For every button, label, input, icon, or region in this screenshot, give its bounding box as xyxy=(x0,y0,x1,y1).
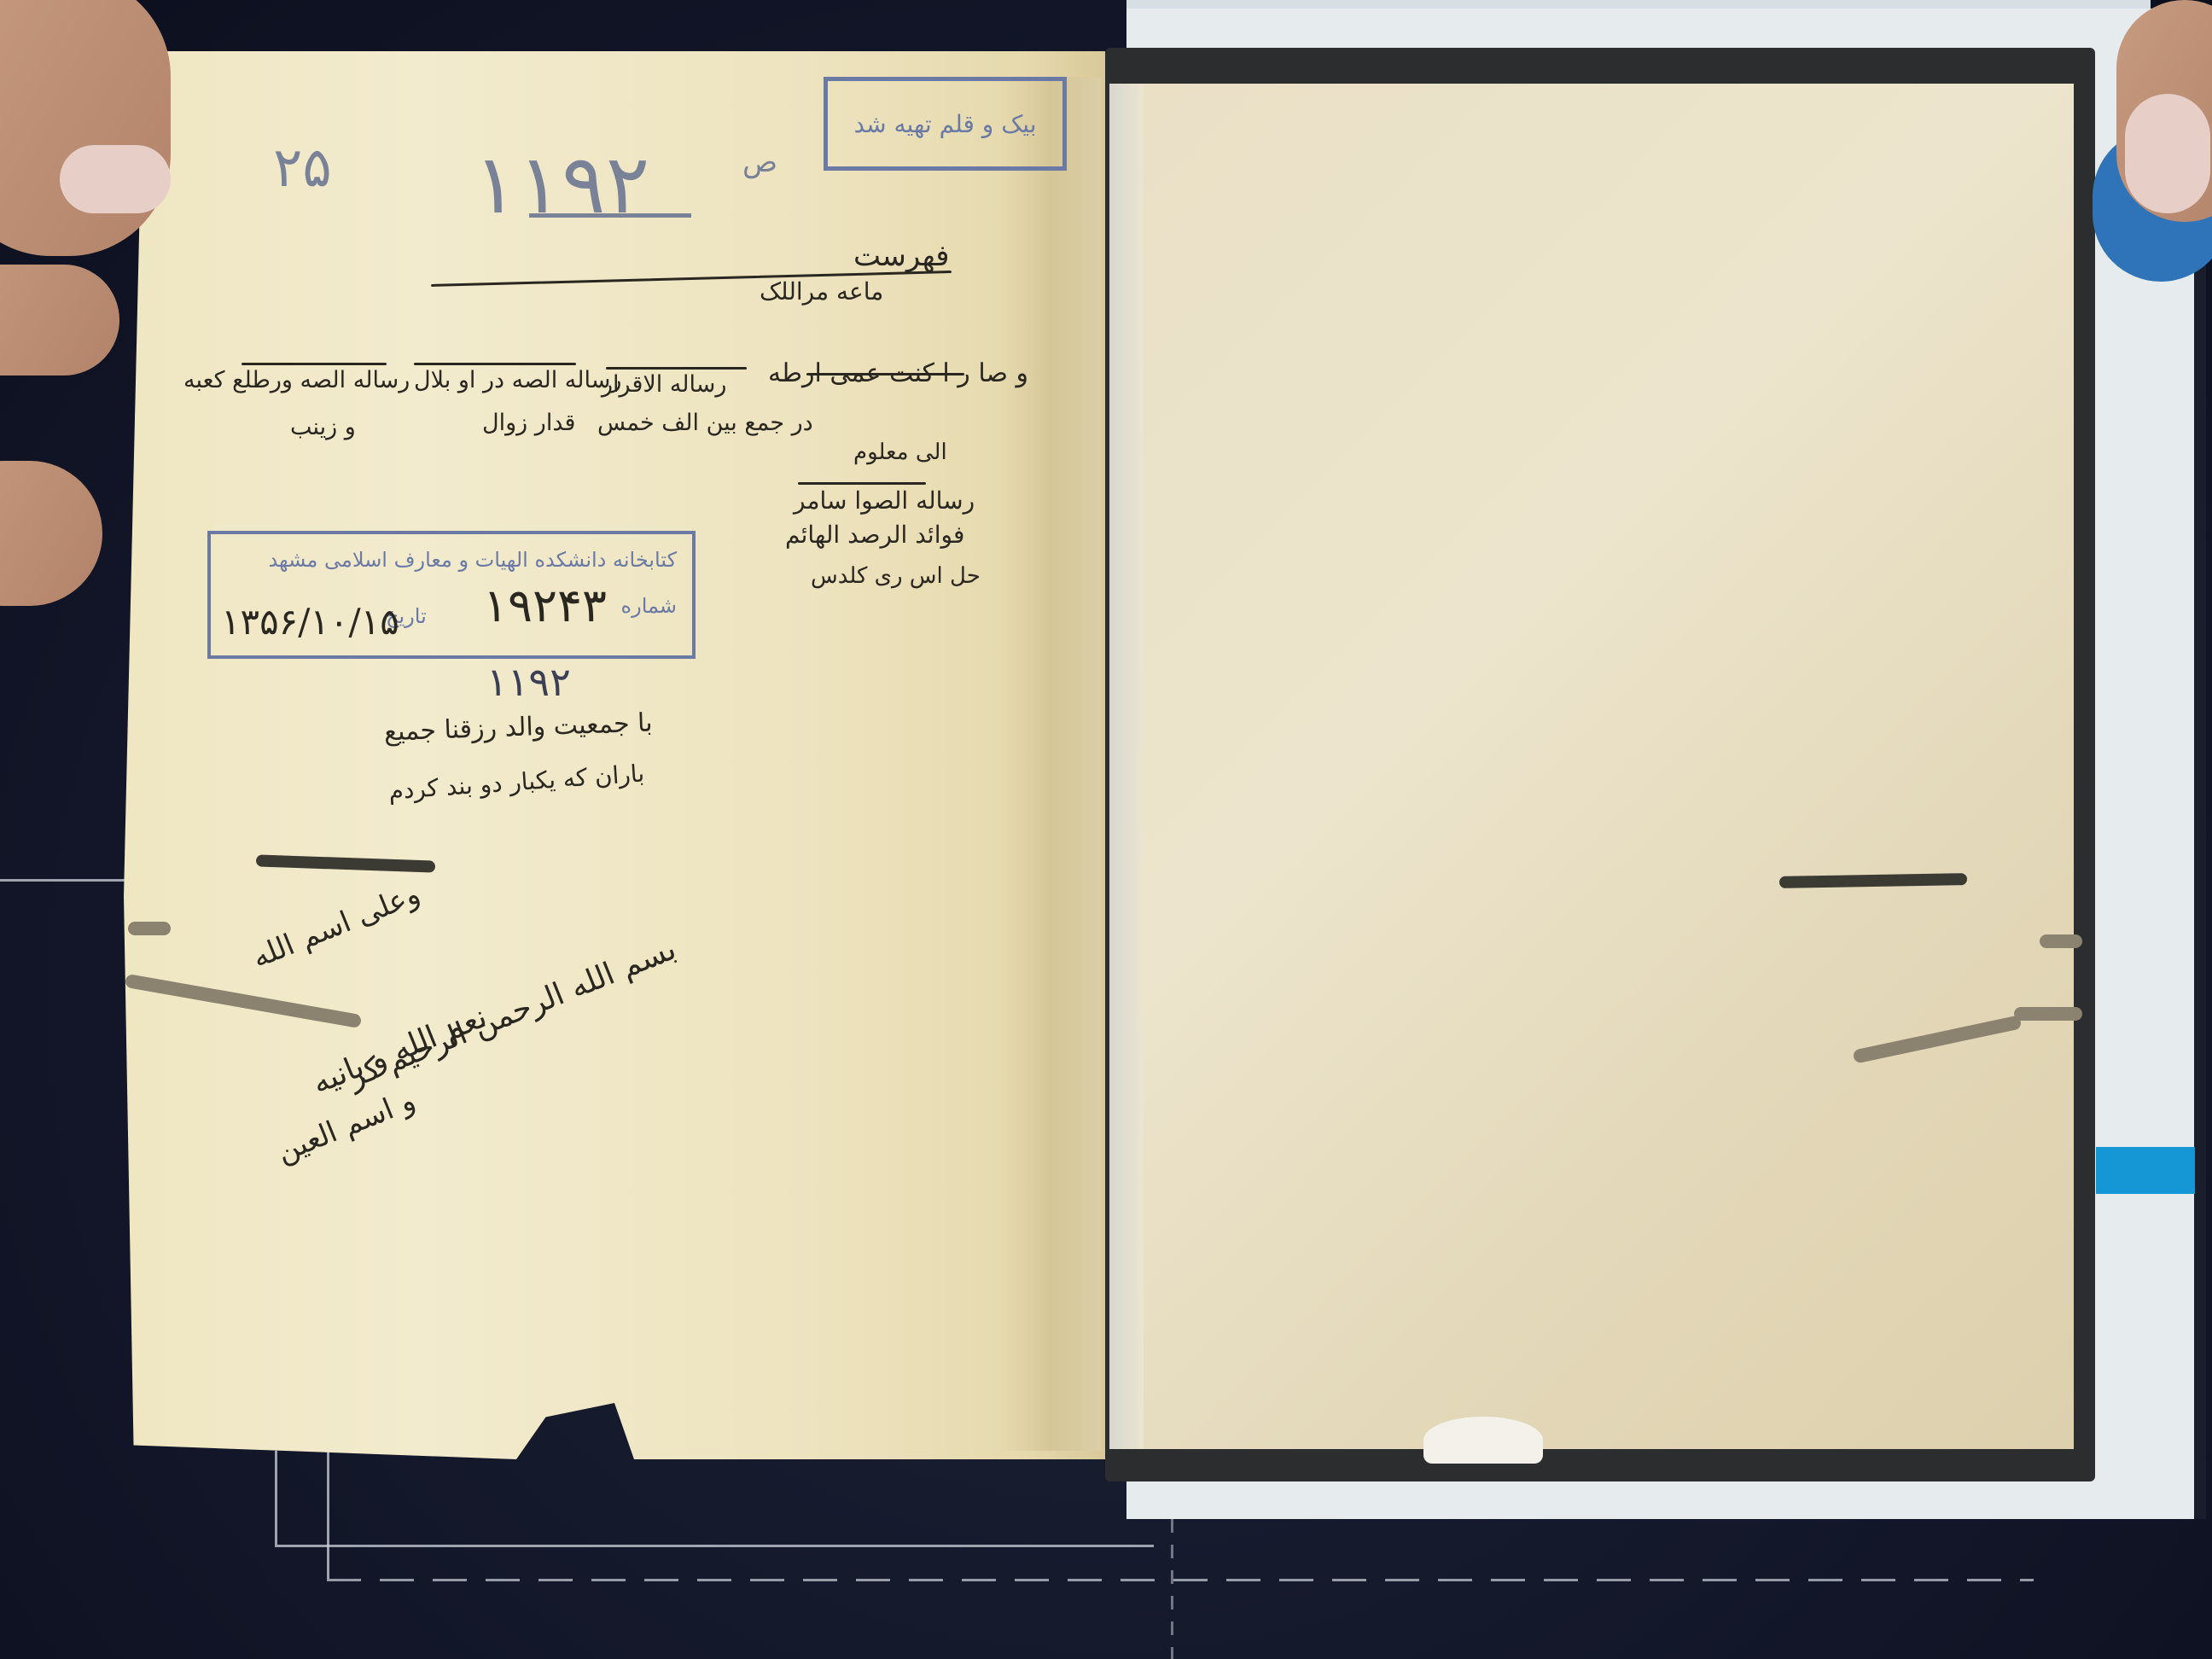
binding-thread xyxy=(2040,934,2082,948)
contents-entry-3: رساله الاقرار xyxy=(602,371,726,398)
mat-grid-line xyxy=(0,879,128,882)
left-thumb xyxy=(0,0,171,256)
library-stamp-number-label: شماره xyxy=(621,594,677,618)
pencil-underline xyxy=(529,213,691,218)
top-stamp-text: بیک و قلم تهیه شد xyxy=(853,110,1036,138)
list-line-3: فوائد الرصد الهائم xyxy=(785,521,964,549)
contents-entry-4: و صا ر ا کنت عمی ارطه xyxy=(768,358,1028,388)
binding-thread xyxy=(128,922,171,935)
mat-grid-line xyxy=(275,1451,277,1545)
blue-stripe xyxy=(2096,1147,2195,1194)
list-line-2: رساله الصوا سامر xyxy=(794,486,975,515)
contents-entry-2: رساله الصه در او بلال xyxy=(414,367,621,393)
left-page-gutter-shadow xyxy=(998,77,1101,1451)
mat-grid-line xyxy=(327,1451,329,1579)
list-line-4: حل اس ری کلدس xyxy=(811,563,981,589)
left-thumbnail xyxy=(60,145,171,213)
right-thumbnail xyxy=(2125,94,2210,213)
paper-tear-patch xyxy=(1423,1417,1543,1464)
list-line-1: الی معلوم xyxy=(853,439,947,465)
library-stamp-number-value: ۱۹۲۴۳ xyxy=(483,579,607,632)
mat-grid-dashed-line xyxy=(1171,1519,1173,1659)
mat-grid-dashed-line xyxy=(327,1579,2034,1581)
mat-grid-line xyxy=(275,1545,1154,1547)
entry-rule xyxy=(242,363,387,365)
right-page-gutter xyxy=(1109,84,1144,1449)
top-ownership-stamp: بیک و قلم تهیه شد xyxy=(824,77,1067,171)
contents-entry-1: رساله الصه ورطلع کعبه xyxy=(183,367,410,393)
shelf-number-ink: ۱۱۹۲ xyxy=(486,659,571,705)
list-rule xyxy=(798,482,926,485)
contents-entry-1-cont: و زینب xyxy=(290,414,356,440)
title-word: فهرست xyxy=(853,239,950,273)
title-subline: ماعه مراللک xyxy=(760,277,883,306)
binding-thread xyxy=(2014,1007,2082,1021)
entry-rule xyxy=(606,367,747,370)
pencil-note: ص xyxy=(742,145,777,179)
pencil-folio-number: ۲۵ xyxy=(273,137,332,200)
left-page-flyleaf xyxy=(124,51,1105,1459)
pencil-shelf-number: ۱۱۹۲ xyxy=(474,137,649,232)
contents-entry-3-cont: در جمع بین الف خمس xyxy=(597,410,813,436)
library-stamp: کتابخانه دانشکده الهیات و معارف اسلامی م… xyxy=(207,531,696,659)
library-stamp-name: کتابخانه دانشکده الهیات و معارف اسلامی م… xyxy=(268,548,677,572)
right-page-endpaper xyxy=(1109,84,2074,1449)
left-finger xyxy=(0,265,119,375)
entry-rule xyxy=(414,363,576,365)
library-stamp-date-value: ۱۳۵۶/۱۰/۱۵ xyxy=(221,601,399,643)
contents-entry-2-cont: قدار زوال xyxy=(482,410,575,436)
